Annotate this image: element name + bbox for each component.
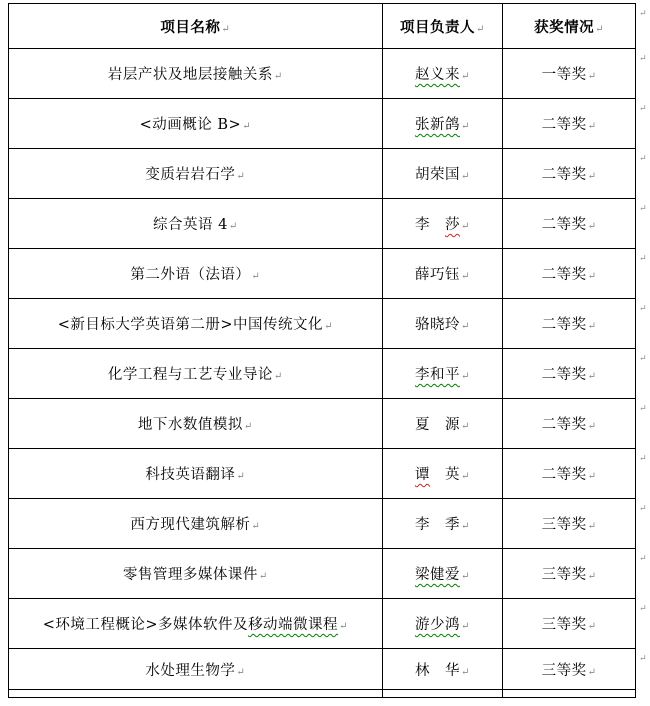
cell-end-mark-icon: ↵ [461, 621, 470, 632]
cell-end-mark-icon: ↵ [221, 24, 230, 35]
cell-end-mark-icon: ↵ [244, 421, 253, 432]
table-row: 岩层产状及地层接触关系↵赵义来↵一等奖↵↵ [9, 49, 650, 99]
cell-end-mark-icon: ↵ [259, 571, 268, 582]
award-status-cell[interactable]: 三等奖↵ [503, 599, 636, 649]
cell-text: 三等奖 [542, 567, 587, 583]
cell-end-mark-icon: ↵ [461, 371, 470, 382]
project-name-cell[interactable]: 变质岩岩石学↵ [9, 149, 383, 199]
cell-text: 李 [415, 217, 445, 233]
award-status-cell[interactable]: 二等奖↵ [503, 299, 636, 349]
cell-end-mark-icon: ↵ [588, 121, 597, 132]
cell-end-mark-icon: ↵ [274, 71, 283, 82]
cell-text: 零售管理多媒体课件 [123, 567, 258, 583]
col-header-project-leader[interactable]: 项目负责人↵ [382, 4, 502, 49]
cell-text: 二等奖 [542, 267, 587, 283]
project-name-cell[interactable]: 化学工程与工艺专业导论↵ [9, 349, 383, 399]
cell-end-mark-icon: ↵ [461, 667, 470, 678]
project-leader-cell[interactable]: 赵义来↵ [382, 49, 502, 99]
row-end-mark-icon: ↵ [636, 149, 650, 199]
row-end-mark-icon: ↵ [636, 349, 650, 399]
partial-next-row [9, 690, 650, 698]
cell-text: 胡荣国 [415, 167, 460, 183]
cell-text: 地下水数值模拟 [138, 417, 243, 433]
project-name-cell[interactable]: 西方现代建筑解析↵ [9, 499, 383, 549]
row-end-mark-icon: ↵ [636, 649, 650, 690]
project-leader-cell[interactable]: 骆晓玲↵ [382, 299, 502, 349]
cell-end-mark-icon: ↵ [588, 171, 597, 182]
project-name-cell[interactable]: 科技英语翻译↵ [9, 449, 383, 499]
cell-text: 二等奖 [542, 467, 587, 483]
header-label: 项目名称 [160, 19, 220, 36]
project-name-cell[interactable]: <动画概论 B>↵ [9, 99, 383, 149]
cell-end-mark-icon: ↵ [461, 321, 470, 332]
cell-text: 游少鸿 [415, 617, 460, 633]
project-leader-cell[interactable]: 林 华↵ [382, 649, 502, 690]
row-end-mark-icon [636, 690, 650, 698]
cell-end-mark-icon: ↵ [461, 171, 470, 182]
cell-text: 骆晓玲 [415, 317, 460, 333]
cell-text: 莎 [445, 217, 460, 233]
cell-end-mark-icon: ↵ [588, 221, 597, 232]
table-row: 变质岩岩石学↵胡荣国↵二等奖↵↵ [9, 149, 650, 199]
cell-text: 赵义来 [415, 67, 460, 83]
project-name-cell[interactable]: 地下水数值模拟↵ [9, 399, 383, 449]
row-end-mark-icon: ↵ [636, 599, 650, 649]
partial-cell[interactable] [382, 690, 502, 698]
row-end-mark-icon: ↵ [636, 249, 650, 299]
cell-end-mark-icon: ↵ [236, 471, 245, 482]
cell-text: 西方现代建筑解析 [130, 517, 250, 533]
partial-cell[interactable] [503, 690, 636, 698]
award-status-cell[interactable]: 二等奖↵ [503, 149, 636, 199]
header-row: 项目名称↵ 项目负责人↵ 获奖情况↵ ↵ [9, 4, 650, 49]
cell-text: 二等奖 [542, 417, 587, 433]
cell-end-mark-icon: ↵ [588, 667, 597, 678]
project-name-cell[interactable]: 岩层产状及地层接触关系↵ [9, 49, 383, 99]
cell-end-mark-icon: ↵ [588, 521, 597, 532]
header-label: 项目负责人 [400, 19, 475, 36]
cell-text: 李 季 [415, 517, 460, 533]
table-row: 综合英语 4↵李 莎↵二等奖↵↵ [9, 199, 650, 249]
award-status-cell[interactable]: 二等奖↵ [503, 199, 636, 249]
cell-end-mark-icon: ↵ [588, 271, 597, 282]
cell-end-mark-icon: ↵ [595, 24, 604, 35]
table-row: <环境工程概论>多媒体软件及移动端微课程↵游少鸿↵三等奖↵↵ [9, 599, 650, 649]
award-status-cell[interactable]: 二等奖↵ [503, 349, 636, 399]
cell-text: 二等奖 [542, 217, 587, 233]
cell-end-mark-icon: ↵ [588, 621, 597, 632]
cell-text: 二等奖 [542, 117, 587, 133]
cell-text: 二等奖 [542, 367, 587, 383]
cell-end-mark-icon: ↵ [236, 667, 245, 678]
award-status-cell[interactable]: 二等奖↵ [503, 399, 636, 449]
table-row: 水处理生物学↵林 华↵三等奖↵↵ [9, 649, 650, 690]
table-row: <动画概论 B>↵张新鸽↵二等奖↵↵ [9, 99, 650, 149]
project-leader-cell[interactable]: 李 莎↵ [382, 199, 502, 249]
cell-text: 夏 源 [415, 417, 460, 433]
project-leader-cell[interactable]: 李和平↵ [382, 349, 502, 399]
project-leader-cell[interactable]: 游少鸿↵ [382, 599, 502, 649]
cell-end-mark-icon: ↵ [588, 321, 597, 332]
cell-end-mark-icon: ↵ [461, 471, 470, 482]
project-name-cell[interactable]: <新目标大学英语第二册>中国传统文化↵ [9, 299, 383, 349]
row-end-mark-icon: ↵ [636, 4, 650, 49]
cell-text: 岩层产状及地层接触关系 [108, 67, 273, 83]
table-row: 零售管理多媒体课件↵梁健爱↵三等奖↵↵ [9, 549, 650, 599]
table-row: 西方现代建筑解析↵李 季↵三等奖↵↵ [9, 499, 650, 549]
table-row: 科技英语翻译↵谭 英↵二等奖↵↵ [9, 449, 650, 499]
partial-cell[interactable] [9, 690, 383, 698]
cell-end-mark-icon: ↵ [461, 521, 470, 532]
cell-end-mark-icon: ↵ [476, 24, 485, 35]
cell-text: 英 [430, 467, 460, 483]
cell-text: 三等奖 [542, 663, 587, 679]
project-name-cell[interactable]: 第二外语（法语）↵ [9, 249, 383, 299]
cell-text: 水处理生物学 [145, 663, 235, 679]
cell-text: 移动端微课程 [248, 617, 338, 633]
project-leader-cell[interactable]: 谭 英↵ [382, 449, 502, 499]
cell-end-mark-icon: ↵ [236, 171, 245, 182]
table-row: <新目标大学英语第二册>中国传统文化↵骆晓玲↵二等奖↵↵ [9, 299, 650, 349]
header-label: 获奖情况 [534, 19, 594, 36]
cell-text: 林 华 [415, 663, 460, 679]
row-end-mark-icon: ↵ [636, 449, 650, 499]
project-name-cell[interactable]: <环境工程概论>多媒体软件及移动端微课程↵ [9, 599, 383, 649]
cell-end-mark-icon: ↵ [461, 221, 470, 232]
document-page: 项目名称↵ 项目负责人↵ 获奖情况↵ ↵ 岩层产状及地层接触关系↵赵义来↵一等奖… [8, 3, 650, 698]
cell-text: 三等奖 [542, 617, 587, 633]
cell-text: 薛巧钰 [415, 267, 460, 283]
col-header-project-name[interactable]: 项目名称↵ [9, 4, 383, 49]
cell-text: 化学工程与工艺专业导论 [108, 367, 273, 383]
cell-end-mark-icon: ↵ [242, 121, 251, 132]
cell-end-mark-icon: ↵ [461, 571, 470, 582]
table-row: 化学工程与工艺专业导论↵李和平↵二等奖↵↵ [9, 349, 650, 399]
cell-end-mark-icon: ↵ [588, 571, 597, 582]
project-name-cell[interactable]: 零售管理多媒体课件↵ [9, 549, 383, 599]
cell-end-mark-icon: ↵ [324, 321, 333, 332]
award-status-cell[interactable]: 二等奖↵ [503, 449, 636, 499]
cell-text: 二等奖 [542, 317, 587, 333]
award-status-cell[interactable]: 一等奖↵ [503, 49, 636, 99]
cell-text: <动画概论 B> [140, 117, 242, 133]
award-status-cell[interactable]: 三等奖↵ [503, 549, 636, 599]
award-status-cell[interactable]: 三等奖↵ [503, 649, 636, 690]
project-leader-cell[interactable]: 梁健爱↵ [382, 549, 502, 599]
col-header-award-status[interactable]: 获奖情况↵ [503, 4, 636, 49]
cell-text: 梁健爱 [415, 567, 460, 583]
cell-text: 张新鸽 [415, 117, 460, 133]
cell-end-mark-icon: ↵ [461, 421, 470, 432]
project-leader-cell[interactable]: 张新鸽↵ [382, 99, 502, 149]
cell-end-mark-icon: ↵ [229, 221, 238, 232]
award-status-cell[interactable]: 二等奖↵ [503, 249, 636, 299]
project-leader-cell[interactable]: 夏 源↵ [382, 399, 502, 449]
cell-end-mark-icon: ↵ [274, 371, 283, 382]
awards-table: 项目名称↵ 项目负责人↵ 获奖情况↵ ↵ 岩层产状及地层接触关系↵赵义来↵一等奖… [8, 3, 650, 698]
cell-text: <环境工程概论>多媒体软件及 [43, 617, 248, 633]
cell-end-mark-icon: ↵ [461, 121, 470, 132]
cell-end-mark-icon: ↵ [339, 621, 348, 632]
cell-text: 李和平 [415, 367, 460, 383]
cell-text: 第二外语（法语） [130, 267, 250, 283]
project-leader-cell[interactable]: 胡荣国↵ [382, 149, 502, 199]
row-end-mark-icon: ↵ [636, 299, 650, 349]
cell-text: 变质岩岩石学 [145, 167, 235, 183]
cell-text: 综合英语 4 [153, 217, 228, 233]
table-row: 第二外语（法语）↵薛巧钰↵二等奖↵↵ [9, 249, 650, 299]
cell-end-mark-icon: ↵ [588, 371, 597, 382]
row-end-mark-icon: ↵ [636, 199, 650, 249]
cell-text: 科技英语翻译 [145, 467, 235, 483]
project-leader-cell[interactable]: 薛巧钰↵ [382, 249, 502, 299]
cell-end-mark-icon: ↵ [588, 71, 597, 82]
table-body: 岩层产状及地层接触关系↵赵义来↵一等奖↵↵<动画概论 B>↵张新鸽↵二等奖↵↵变… [9, 49, 650, 698]
cell-text: 谭 [415, 467, 430, 483]
row-end-mark-icon: ↵ [636, 499, 650, 549]
cell-text: <新目标大学英语第二册>中国传统文化 [58, 317, 323, 333]
cell-end-mark-icon: ↵ [588, 471, 597, 482]
cell-end-mark-icon: ↵ [461, 71, 470, 82]
cell-text: 三等奖 [542, 517, 587, 533]
cell-end-mark-icon: ↵ [461, 271, 470, 282]
award-status-cell[interactable]: 二等奖↵ [503, 99, 636, 149]
project-leader-cell[interactable]: 李 季↵ [382, 499, 502, 549]
cell-end-mark-icon: ↵ [251, 521, 260, 532]
table-row: 地下水数值模拟↵夏 源↵二等奖↵↵ [9, 399, 650, 449]
row-end-mark-icon: ↵ [636, 399, 650, 449]
cell-text: 二等奖 [542, 167, 587, 183]
cell-end-mark-icon: ↵ [588, 421, 597, 432]
cell-end-mark-icon: ↵ [251, 271, 260, 282]
cell-text: 一等奖 [542, 67, 587, 83]
award-status-cell[interactable]: 三等奖↵ [503, 499, 636, 549]
row-end-mark-icon: ↵ [636, 49, 650, 99]
row-end-mark-icon: ↵ [636, 99, 650, 149]
row-end-mark-icon: ↵ [636, 549, 650, 599]
project-name-cell[interactable]: 水处理生物学↵ [9, 649, 383, 690]
project-name-cell[interactable]: 综合英语 4↵ [9, 199, 383, 249]
